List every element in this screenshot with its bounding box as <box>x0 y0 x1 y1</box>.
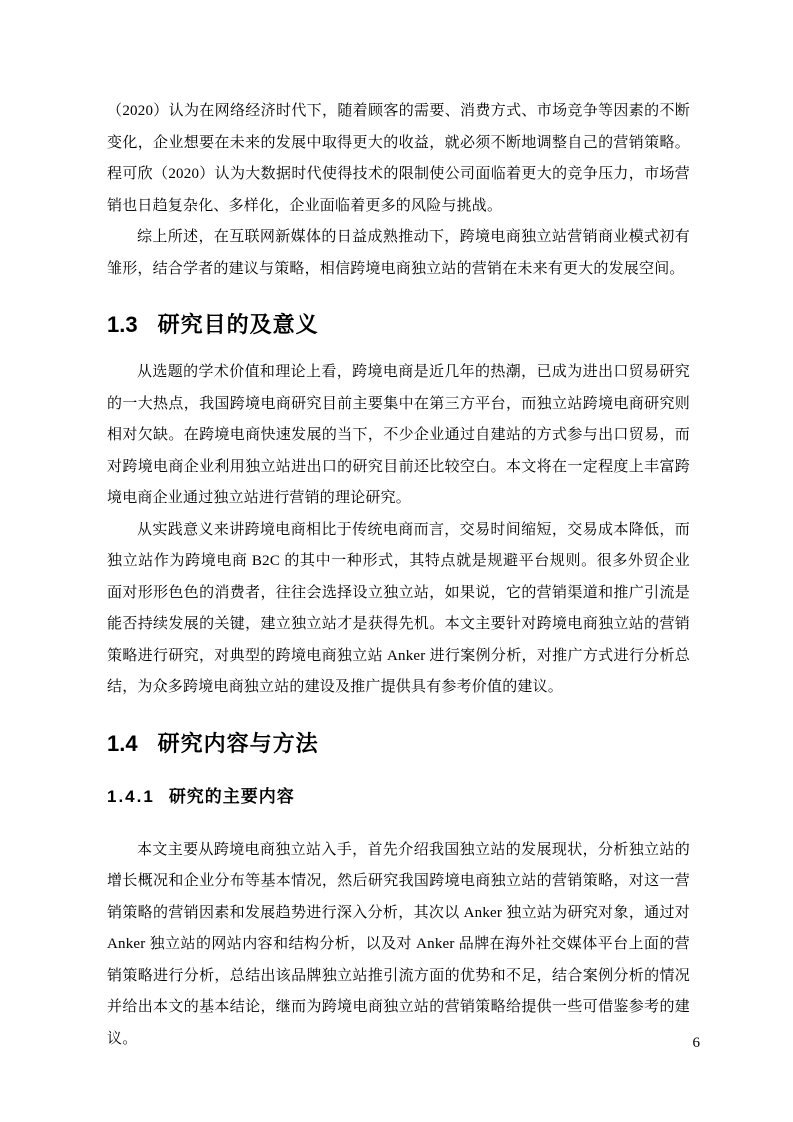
section-title: 研究目的及意义 <box>158 312 319 337</box>
section-heading-1-4: 1.4研究内容与方法 <box>107 728 690 759</box>
subsection-heading-1-4-1: 1.4.1研究的主要内容 <box>107 785 690 809</box>
section-title: 研究内容与方法 <box>158 731 319 756</box>
section-heading-1-3: 1.3研究目的及意义 <box>107 309 690 340</box>
subsection-number: 1.4.1 <box>107 787 155 806</box>
section-number: 1.4 <box>107 731 138 756</box>
document-page: （2020）认为在网络经济时代下，随着顾客的需要、消费方式、市场竞争等因素的不断… <box>0 0 793 1122</box>
body-paragraph: 从选题的学术价值和理论上看，跨境电商是近几年的热潮，已成为进出口贸易研究的一大热… <box>107 357 690 515</box>
body-paragraph: 从实践意义来讲跨境电商相比于传统电商而言，交易时间缩短，交易成本降低，而独立站作… <box>107 515 690 704</box>
body-paragraph: 综上所述，在互联网新媒体的日益成熟推动下，跨境电商独立站营销商业模式初有雏形，结… <box>107 222 690 285</box>
body-paragraph: （2020）认为在网络经济时代下，随着顾客的需要、消费方式、市场竞争等因素的不断… <box>107 96 690 222</box>
subsection-title: 研究的主要内容 <box>169 787 295 806</box>
page-number: 6 <box>693 1033 701 1053</box>
section-number: 1.3 <box>107 312 138 337</box>
body-paragraph: 本文主要从跨境电商独立站入手，首先介绍我国独立站的发展现状，分析独立站的增长概况… <box>107 835 690 1056</box>
